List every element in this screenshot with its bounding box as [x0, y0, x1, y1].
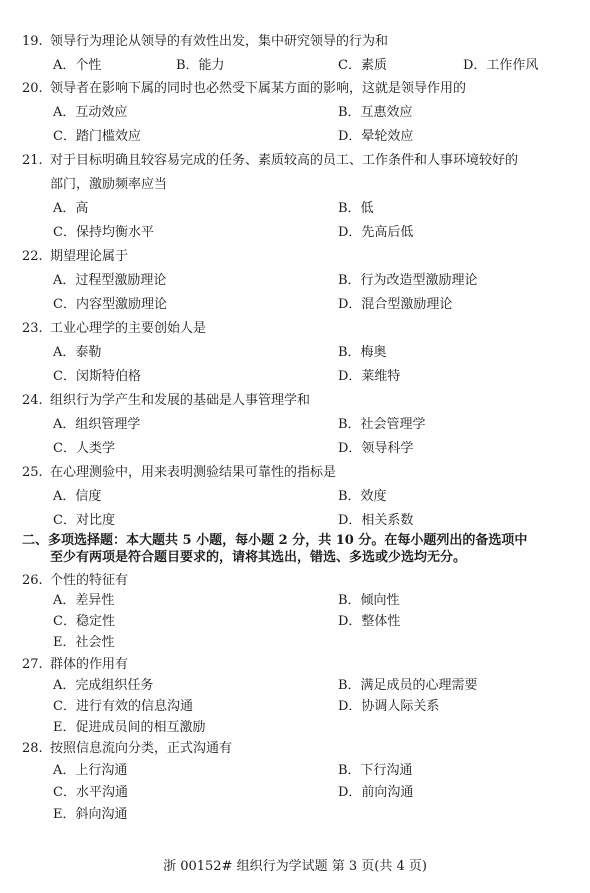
option-d: D．前向沟通 — [338, 782, 413, 804]
option-d: D．莱维特 — [338, 366, 400, 388]
question-text: 在心理测验中，用来表明测验结果可靠性的指标是 — [50, 462, 336, 484]
option-c: C．进行有效的信息沟通 — [53, 696, 193, 718]
option-a: A．过程型激励理论 — [53, 270, 166, 292]
question-number: 28. — [22, 738, 43, 760]
question-number: 22. — [22, 246, 43, 268]
option-b: B．倾向性 — [338, 590, 400, 612]
option-a: A．组织管理学 — [53, 414, 140, 436]
option-d: D．工作作风 — [463, 55, 538, 77]
question-number: 25. — [22, 462, 43, 484]
option-d: D．晕轮效应 — [338, 126, 413, 148]
option-a: A．个性 — [53, 55, 101, 77]
question-text: 领导行为理论从领导的有效性出发，集中研究领导的行为和 — [50, 31, 388, 53]
option-b: B．能力 — [176, 55, 225, 77]
question-text: 群体的作用有 — [50, 654, 128, 676]
option-c: C．保持均衡水平 — [53, 222, 154, 244]
option-e: E．斜向沟通 — [53, 804, 128, 826]
question-text: 个性的特征有 — [50, 570, 128, 592]
option-a: A．上行沟通 — [53, 760, 127, 782]
option-a: A．互动效应 — [53, 102, 127, 124]
option-b: B．效度 — [338, 486, 387, 508]
question-number: 24. — [22, 390, 43, 412]
question-text: 组织行为学产生和发展的基础是人事管理学和 — [50, 390, 310, 412]
option-e: E．促进成员间的相互激励 — [53, 717, 206, 739]
question-text: 对于目标明确且较容易完成的任务、素质较高的员工、工作条件和人事环境较好的 — [50, 150, 518, 172]
question-number: 26. — [22, 570, 43, 592]
option-b: B．满足成员的心理需要 — [338, 675, 478, 697]
question-text: 领导者在影响下属的同时也必然受下属某方面的影响，这就是领导作用的 — [50, 78, 466, 100]
option-b: B．梅奥 — [338, 342, 387, 364]
option-c: C．素质 — [338, 55, 387, 77]
option-c: C．水平沟通 — [53, 782, 128, 804]
option-c: C．稳定性 — [53, 611, 115, 633]
question-text: 按照信息流向分类，正式沟通有 — [50, 738, 232, 760]
question-number: 27. — [22, 654, 43, 676]
option-a: A．泰勒 — [53, 342, 101, 364]
option-d: D．协调人际关系 — [338, 696, 439, 718]
option-c: C．内容型激励理论 — [53, 294, 167, 316]
question-text-continued: 部门，激励频率应当 — [50, 174, 167, 196]
option-d: D．先高后低 — [338, 222, 413, 244]
option-b: B．低 — [338, 198, 374, 220]
option-c: C．人类学 — [53, 438, 115, 460]
question-text: 期望理论属于 — [50, 246, 128, 268]
option-a: A．完成组织任务 — [53, 675, 153, 697]
question-number: 23. — [22, 318, 43, 340]
option-c: C．对比度 — [53, 510, 115, 532]
question-number: 20. — [22, 78, 43, 100]
section-2-instructions-line2: 至少有两项是符合题目要求的，请将其选出，错选、多选或少选均无分。 — [22, 549, 582, 566]
option-c: C．踏门槛效应 — [53, 126, 141, 148]
option-d: D．领导科学 — [338, 438, 413, 460]
section-2-instructions-line1: 二、多项选择题：本大题共 5 小题，每小题 2 分，共 10 分。在每小题列出的… — [22, 533, 527, 548]
option-e: E．社会性 — [53, 632, 115, 654]
option-b: B．行为改造型激励理论 — [338, 270, 478, 292]
option-b: B．社会管理学 — [338, 414, 426, 436]
option-a: A．高 — [53, 198, 88, 220]
option-a: A．信度 — [53, 486, 101, 508]
section-2-heading: 二、多项选择题：本大题共 5 小题，每小题 2 分，共 10 分。在每小题列出的… — [22, 532, 582, 566]
question-number: 19. — [22, 31, 43, 53]
option-d: D．整体性 — [338, 611, 400, 633]
question-text: 工业心理学的主要创始人是 — [50, 318, 206, 340]
option-a: A．差异性 — [53, 590, 114, 612]
page-footer: 浙 00152# 组织行为学试题 第 3 页(共 4 页) — [0, 855, 590, 874]
question-number: 21. — [22, 150, 43, 172]
option-b: B．下行沟通 — [338, 760, 413, 782]
option-d: D．相关系数 — [338, 510, 413, 532]
option-b: B．互惠效应 — [338, 102, 413, 124]
option-c: C．闵斯特伯格 — [53, 366, 141, 388]
option-d: D．混合型激励理论 — [338, 294, 452, 316]
